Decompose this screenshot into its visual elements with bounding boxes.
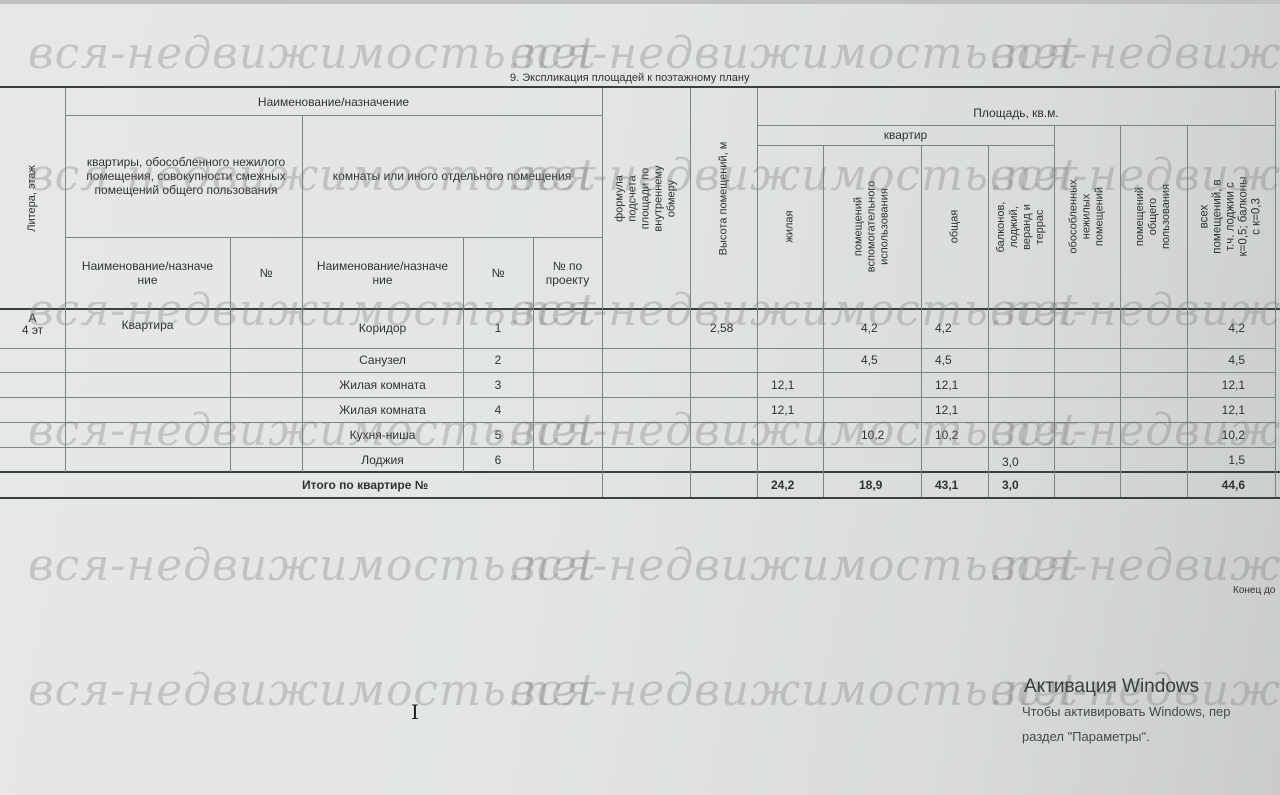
- grid-line: [823, 145, 824, 497]
- grid-line: [1054, 125, 1055, 497]
- explication-table: Литера, этаж Наименование/назначение ква…: [0, 0, 1280, 520]
- table-cell-nonresidential: [1054, 397, 1120, 422]
- grid-line: [0, 372, 1275, 373]
- table-cell-height: [690, 348, 757, 372]
- grid-line: [690, 88, 691, 497]
- table-cell-room-name: Лоджия: [302, 447, 463, 472]
- header-auxiliary-text: помещений вспомогательного использования: [853, 178, 892, 276]
- table-cell-apt-name: [65, 397, 230, 422]
- totals-all-rooms: 44,6: [1187, 472, 1275, 497]
- table-cell-auxiliary: 4,5: [823, 348, 921, 372]
- watermark: вся-недвижимость.net: [990, 540, 1280, 591]
- table-cell-living: 12,1: [757, 372, 823, 397]
- table-cell-nonresidential: [1054, 447, 1120, 472]
- table-cell-formula: [602, 397, 690, 422]
- grid-line: [757, 88, 758, 497]
- table-cell-litera: [0, 422, 65, 447]
- grid-line: [757, 145, 1054, 146]
- table-cell-height: [690, 422, 757, 447]
- header-balconies: балконов, лоджий, веранд и террас: [988, 145, 1054, 308]
- grid-line: [230, 237, 231, 472]
- table-cell-height: [690, 372, 757, 397]
- table-cell-room-no: 3: [463, 372, 533, 397]
- table-cell-nonresidential: [1054, 348, 1120, 372]
- table-cell-litera: [0, 348, 65, 372]
- table-cell-apt-name: [65, 447, 230, 472]
- table-cell-auxiliary: [823, 372, 921, 397]
- table-cell-apt-no: [230, 397, 302, 422]
- totals-balconies: 3,0: [988, 472, 1054, 497]
- header-room-name: Наименование/назначе ние: [302, 237, 463, 308]
- table-cell-balconies: [988, 372, 1054, 397]
- header-nonresidential-text: обособленных нежилых помещений: [1068, 179, 1107, 253]
- table-cell-height: [690, 397, 757, 422]
- header-living-text: жилая: [784, 211, 797, 243]
- table-cell-apt-name: [65, 372, 230, 397]
- table-cell-living: [757, 308, 823, 348]
- header-area-group: Площадь, кв.м.: [757, 100, 1275, 125]
- windows-activation-line2: раздел "Параметры".: [1022, 729, 1150, 744]
- table-cell-common-use: [1120, 348, 1187, 372]
- watermark: вся-недвижимость.net: [28, 665, 597, 716]
- table-cell-common-use: [1120, 422, 1187, 447]
- header-auxiliary: помещений вспомогательного использования: [823, 145, 921, 308]
- header-litera-floor: Литера, этаж: [0, 88, 65, 308]
- grid-line: [0, 447, 1275, 448]
- windows-activation-title: Активация Windows: [1024, 676, 1199, 698]
- table-cell-project-no: [533, 447, 602, 472]
- totals-label: Итого по квартире №: [0, 472, 757, 497]
- header-common-use-text: помещений общего пользования: [1134, 183, 1173, 250]
- table-cell-formula: [602, 422, 690, 447]
- grid-line: [602, 88, 603, 497]
- table-cell-project-no: [533, 372, 602, 397]
- table-cell-balconies: [988, 397, 1054, 422]
- grid-line: [0, 471, 1280, 473]
- table-cell-apt-no: [230, 447, 302, 472]
- header-total-text: общая: [948, 210, 961, 244]
- table-cell-balconies: [988, 308, 1054, 348]
- grid-line: [1120, 125, 1121, 497]
- table-cell-room-no: 5: [463, 422, 533, 447]
- watermark: вся-недвижимость.net: [28, 540, 597, 591]
- grid-line: [65, 88, 66, 472]
- header-height-text: Высота помещений, м: [717, 141, 730, 255]
- grid-line: [0, 348, 1275, 349]
- table-cell-living: [757, 447, 823, 472]
- header-litera-floor-text: Литера, этаж: [26, 165, 39, 232]
- header-balconies-text: балконов, лоджий, веранд и террас: [995, 194, 1047, 260]
- grid-line: [0, 86, 1280, 88]
- table-cell-auxiliary: 4,2: [823, 308, 921, 348]
- table-cell-project-no: [533, 397, 602, 422]
- header-apartment-group: квартиры, обособленного нежилого помещен…: [70, 115, 302, 237]
- table-cell-litera: [0, 447, 65, 472]
- header-total: общая: [921, 145, 988, 308]
- table-cell-room-name: Санузел: [302, 348, 463, 372]
- table-cell-balconies: [988, 422, 1054, 447]
- table-cell-total: 4,2: [921, 308, 988, 348]
- totals-nonresidential: [1054, 472, 1120, 497]
- grid-line: [65, 237, 602, 238]
- table-cell-total: 10,2: [921, 422, 988, 447]
- table-cell-project-no: [533, 422, 602, 447]
- header-apartments-group: квартир: [757, 125, 1054, 145]
- table-cell-room-no: 6: [463, 447, 533, 472]
- grid-line: [302, 115, 303, 472]
- table-cell-total: [921, 447, 988, 472]
- table-cell-all-rooms: 1,5: [1187, 447, 1275, 472]
- floor-text: 4 эт: [22, 324, 43, 336]
- totals-living: 24,2: [757, 472, 823, 497]
- watermark: вся-недвижимость.net: [510, 540, 1079, 591]
- table-cell-room-no: 2: [463, 348, 533, 372]
- table-cell-room-name: Коридор: [302, 308, 463, 348]
- table-cell-all-rooms: 4,5: [1187, 348, 1275, 372]
- header-living: жилая: [757, 145, 823, 308]
- table-cell-project-no: [533, 348, 602, 372]
- table-cell-formula: [602, 348, 690, 372]
- table-cell-litera: [0, 372, 65, 397]
- grid-line: [1275, 90, 1276, 497]
- header-common-use: помещений общего пользования: [1120, 125, 1187, 308]
- table-cell-nonresidential: [1054, 422, 1120, 447]
- table-cell-apt-no: [230, 372, 302, 397]
- table-cell-nonresidential: [1054, 372, 1120, 397]
- header-apt-name: Наименование/назначе ние: [65, 237, 230, 308]
- grid-line: [757, 125, 1275, 126]
- table-cell-formula: [602, 372, 690, 397]
- header-nonresidential: обособленных нежилых помещений: [1054, 125, 1120, 308]
- text-cursor-icon: I: [411, 700, 419, 724]
- table-cell-auxiliary: [823, 397, 921, 422]
- header-formula: формула подсчета площади по внутреннему …: [602, 88, 690, 308]
- header-height: Высота помещений, м: [690, 88, 757, 308]
- table-cell-project-no: [533, 308, 602, 348]
- totals-total: 43,1: [921, 472, 988, 497]
- table-cell-common-use: [1120, 308, 1187, 348]
- totals-auxiliary: 18,9: [823, 472, 921, 497]
- table-cell-apt-no: [230, 308, 302, 348]
- table-cell-room-name: Жилая комната: [302, 372, 463, 397]
- grid-line: [463, 237, 464, 472]
- table-cell-auxiliary: 10,2: [823, 422, 921, 447]
- table-cell-litera: [0, 397, 65, 422]
- table-cell-common-use: [1120, 372, 1187, 397]
- header-name-purpose-group: Наименование/назначение: [65, 88, 602, 115]
- windows-activation-line1: Чтобы активировать Windows, пер: [1022, 704, 1231, 719]
- totals-common-use: [1120, 472, 1187, 497]
- end-of-document-label: Конец до: [1233, 585, 1275, 596]
- table-cell-living: [757, 348, 823, 372]
- table-cell-height: 2,58: [690, 308, 757, 348]
- header-apt-no: №: [230, 237, 302, 308]
- grid-line: [0, 422, 1275, 423]
- table-cell-total: 4,5: [921, 348, 988, 372]
- header-room-project-no: № по проекту: [533, 237, 602, 308]
- header-room-no: №: [463, 237, 533, 308]
- table-cell-apt-name: Квартира: [65, 308, 230, 348]
- table-cell-total: 12,1: [921, 372, 988, 397]
- table-cell-apt-no: [230, 422, 302, 447]
- table-cell-litera: А4 эт: [0, 308, 65, 348]
- table-cell-balconies: 3,0: [988, 447, 1054, 472]
- table-cell-all-rooms: 10,2: [1187, 422, 1275, 447]
- table-cell-all-rooms: 12,1: [1187, 372, 1275, 397]
- grid-line: [988, 145, 989, 497]
- table-cell-total: 12,1: [921, 397, 988, 422]
- header-room-group: комнаты или иного отдельного помещения: [302, 115, 602, 237]
- watermark: вся-недвижимость.net: [510, 665, 1079, 716]
- table-cell-common-use: [1120, 397, 1187, 422]
- table-cell-all-rooms: 12,1: [1187, 397, 1275, 422]
- table-cell-room-no: 4: [463, 397, 533, 422]
- grid-line: [65, 115, 602, 116]
- table-cell-living: 12,1: [757, 397, 823, 422]
- grid-line: [1187, 125, 1188, 497]
- header-all-rooms-text: всех помещений, в т.ч. лоджии с к=0,5; б…: [1199, 173, 1264, 261]
- grid-line: [921, 145, 922, 497]
- table-cell-apt-no: [230, 348, 302, 372]
- header-formula-text: формула подсчета площади по внутреннему …: [614, 154, 679, 242]
- table-cell-common-use: [1120, 447, 1187, 472]
- table-cell-height: [690, 447, 757, 472]
- table-cell-formula: [602, 447, 690, 472]
- header-all-rooms: всех помещений, в т.ч. лоджии с к=0,5; б…: [1187, 125, 1275, 308]
- grid-line: [533, 237, 534, 472]
- table-cell-apt-name: [65, 348, 230, 372]
- table-cell-living: [757, 422, 823, 447]
- table-cell-balconies: [988, 348, 1054, 372]
- grid-line: [0, 397, 1275, 398]
- table-cell-room-no: 1: [463, 308, 533, 348]
- table-cell-auxiliary: [823, 447, 921, 472]
- table-cell-all-rooms: 4,2: [1187, 308, 1275, 348]
- grid-line: [0, 497, 1280, 499]
- table-cell-apt-name: [65, 422, 230, 447]
- table-cell-room-name: Жилая комната: [302, 397, 463, 422]
- table-cell-formula: [602, 308, 690, 348]
- table-cell-nonresidential: [1054, 308, 1120, 348]
- table-cell-room-name: Кухня-ниша: [302, 422, 463, 447]
- grid-line: [0, 308, 1280, 310]
